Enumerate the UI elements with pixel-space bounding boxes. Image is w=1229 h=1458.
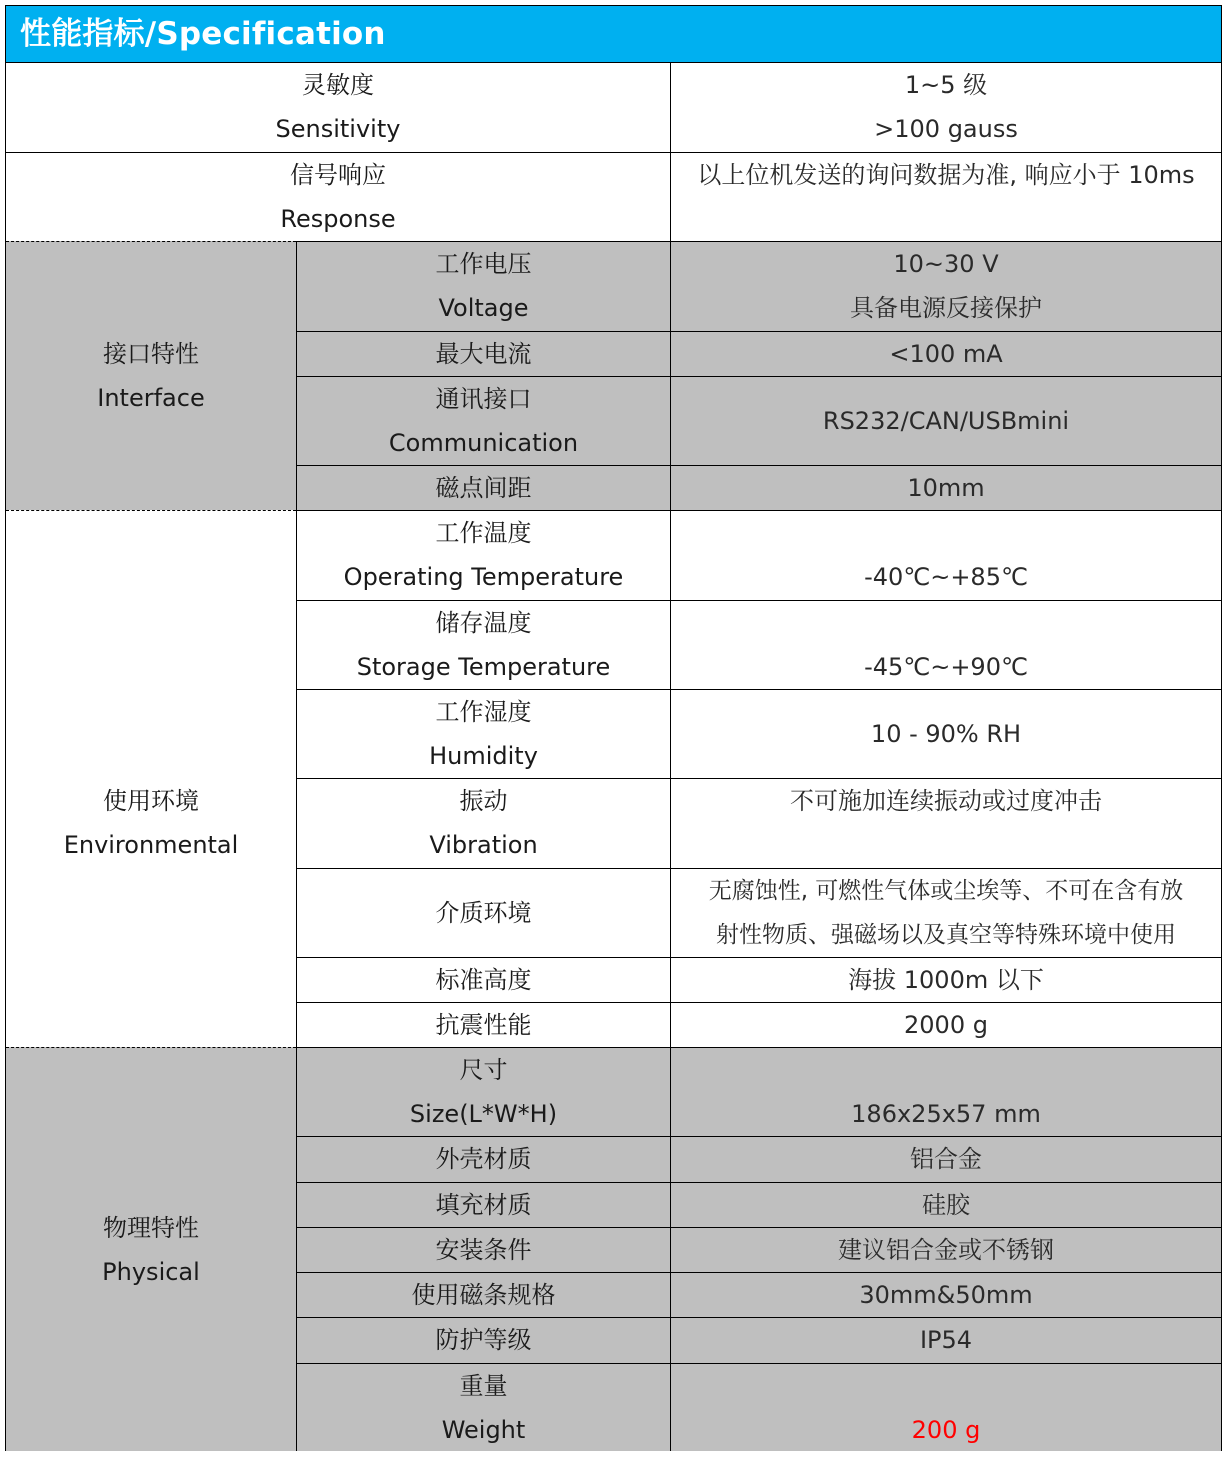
weight-value-cell: 200 g [670,1363,1221,1451]
physical-label-cn: 物理特性 [103,1206,199,1250]
sensitivity-label-en: Sensitivity [276,107,401,151]
size-value-cell: 186x25x57 mm [670,1047,1221,1136]
protection-label-cn: 防护等级 [436,1318,532,1362]
strip-spec-value: 30mm&50mm [859,1273,1032,1317]
environmental-group-label: 使用环境 Environmental [6,510,296,1047]
size-label-cn: 尺寸 [460,1048,508,1092]
protection-value-cell: IP54 [670,1317,1221,1363]
shell-material-value-cell: 铝合金 [670,1136,1221,1182]
table-title: 性能指标/Specification [6,6,1221,63]
fill-material-label-cn: 填充材质 [436,1183,532,1227]
physical-group-label: 物理特性 Physical [6,1047,296,1451]
humidity-value: 10 - 90% RH [871,712,1021,756]
weight-label-cn: 重量 [460,1364,508,1408]
weight-label-cell: 重量 Weight [296,1363,670,1451]
mounting-value-cell: 建议铝合金或不锈钢 [670,1227,1221,1272]
response-label-cn: 信号响应 [290,153,386,197]
operating-temp-value-cell: -40℃~+85℃ [670,510,1221,600]
vibration-label-cn: 振动 [460,779,508,823]
shock-value: 2000 g [904,1003,988,1047]
weight-value: 200 g [912,1408,981,1452]
storage-temp-value: -45℃~+90℃ [864,645,1028,689]
storage-temp-value-cell: -45℃~+90℃ [670,600,1221,689]
max-current-value-cell: <100 mA [670,331,1221,376]
vibration-value-cell: 不可施加连续振动或过度冲击 [670,778,1221,868]
medium-env-value-1: 无腐蚀性, 可燃性气体或尘埃等、不可在含有放 [709,869,1184,913]
voltage-label-cell: 工作电压 Voltage [296,241,670,331]
max-current-value: <100 mA [889,332,1002,376]
protection-label-cell: 防护等级 [296,1317,670,1363]
point-spacing-label-cn: 磁点间距 [436,466,532,510]
communication-value: RS232/CAN/USBmini [823,399,1069,443]
strip-spec-label-cn: 使用磁条规格 [412,1273,556,1317]
response-label-en: Response [280,197,395,241]
environmental-label-en: Environmental [64,823,239,867]
vibration-label-en: Vibration [429,823,537,867]
shock-value-cell: 2000 g [670,1002,1221,1047]
max-current-label-cell: 最大电流 [296,331,670,376]
fill-material-value: 硅胶 [922,1183,970,1227]
point-spacing-value-cell: 10mm [670,465,1221,510]
shock-label-cn: 抗震性能 [436,1003,532,1047]
shell-material-label-cell: 外壳材质 [296,1136,670,1182]
humidity-label-en: Humidity [429,734,538,778]
physical-label-en: Physical [102,1250,200,1294]
medium-env-value-2: 射性物质、强磁场以及真空等特殊环境中使用 [716,913,1176,957]
sensitivity-value-2: >100 gauss [874,107,1018,151]
humidity-label-cell: 工作湿度 Humidity [296,689,670,778]
altitude-value: 海拔 1000m 以下 [848,958,1044,1002]
voltage-value-2: 具备电源反接保护 [850,286,1042,330]
altitude-label-cn: 标准高度 [436,958,532,1002]
sensitivity-label-cell: 灵敏度 Sensitivity [6,63,670,152]
altitude-label-cell: 标准高度 [296,957,670,1002]
medium-env-label-cn: 介质环境 [436,891,532,935]
mounting-label-cn: 安装条件 [436,1228,532,1272]
sensitivity-label-cn: 灵敏度 [302,63,374,107]
shell-material-label-cn: 外壳材质 [436,1137,532,1181]
response-label-cell: 信号响应 Response [6,152,670,241]
operating-temp-label-en: Operating Temperature [344,555,624,599]
medium-env-value-cell: 无腐蚀性, 可燃性气体或尘埃等、不可在含有放 射性物质、强磁场以及真空等特殊环境… [670,868,1221,957]
humidity-value-cell: 10 - 90% RH [670,689,1221,778]
mounting-label-cell: 安装条件 [296,1227,670,1272]
voltage-value-cell: 10~30 V 具备电源反接保护 [670,241,1221,331]
humidity-label-cn: 工作湿度 [436,690,532,734]
size-value: 186x25x57 mm [851,1092,1041,1136]
point-spacing-value: 10mm [907,466,984,510]
sensitivity-value-1: 1~5 级 [905,63,987,107]
altitude-value-cell: 海拔 1000m 以下 [670,957,1221,1002]
storage-temp-label-cell: 储存温度 Storage Temperature [296,600,670,689]
point-spacing-label-cell: 磁点间距 [296,465,670,510]
spec-table: 性能指标/Specification 灵敏度 Sensitivity 1~5 级… [5,5,1222,1451]
protection-value: IP54 [920,1318,972,1362]
communication-label-en: Communication [389,421,578,465]
operating-temp-label-cell: 工作温度 Operating Temperature [296,510,670,600]
voltage-label-cn: 工作电压 [436,242,532,286]
size-label-en: Size(L*W*H) [410,1092,557,1136]
communication-value-cell: RS232/CAN/USBmini [670,376,1221,465]
voltage-value-1: 10~30 V [893,242,998,286]
interface-group-label: 接口特性 Interface [6,241,296,510]
response-value-cell: 以上位机发送的询问数据为准, 响应小于 10ms [670,152,1221,241]
size-label-cell: 尺寸 Size(L*W*H) [296,1047,670,1136]
operating-temp-value: -40℃~+85℃ [864,555,1028,599]
storage-temp-label-cn: 储存温度 [436,601,532,645]
strip-spec-value-cell: 30mm&50mm [670,1272,1221,1317]
interface-label-en: Interface [97,376,204,420]
fill-material-value-cell: 硅胶 [670,1182,1221,1227]
storage-temp-label-en: Storage Temperature [357,645,611,689]
sensitivity-value-cell: 1~5 级 >100 gauss [670,63,1221,152]
communication-label-cell: 通讯接口 Communication [296,376,670,465]
medium-env-label-cell: 介质环境 [296,868,670,957]
environmental-label-cn: 使用环境 [103,779,199,823]
voltage-label-en: Voltage [438,286,528,330]
communication-label-cn: 通讯接口 [436,377,532,421]
operating-temp-label-cn: 工作温度 [436,511,532,555]
fill-material-label-cell: 填充材质 [296,1182,670,1227]
strip-spec-label-cell: 使用磁条规格 [296,1272,670,1317]
shock-label-cell: 抗震性能 [296,1002,670,1047]
max-current-label-cn: 最大电流 [436,332,532,376]
interface-label-cn: 接口特性 [103,332,199,376]
weight-label-en: Weight [442,1408,526,1452]
vibration-value: 不可施加连续振动或过度冲击 [790,779,1102,823]
shell-material-value: 铝合金 [910,1137,982,1181]
response-value: 以上位机发送的询问数据为准, 响应小于 10ms [697,153,1194,197]
vibration-label-cell: 振动 Vibration [296,778,670,868]
mounting-value: 建议铝合金或不锈钢 [838,1228,1054,1272]
